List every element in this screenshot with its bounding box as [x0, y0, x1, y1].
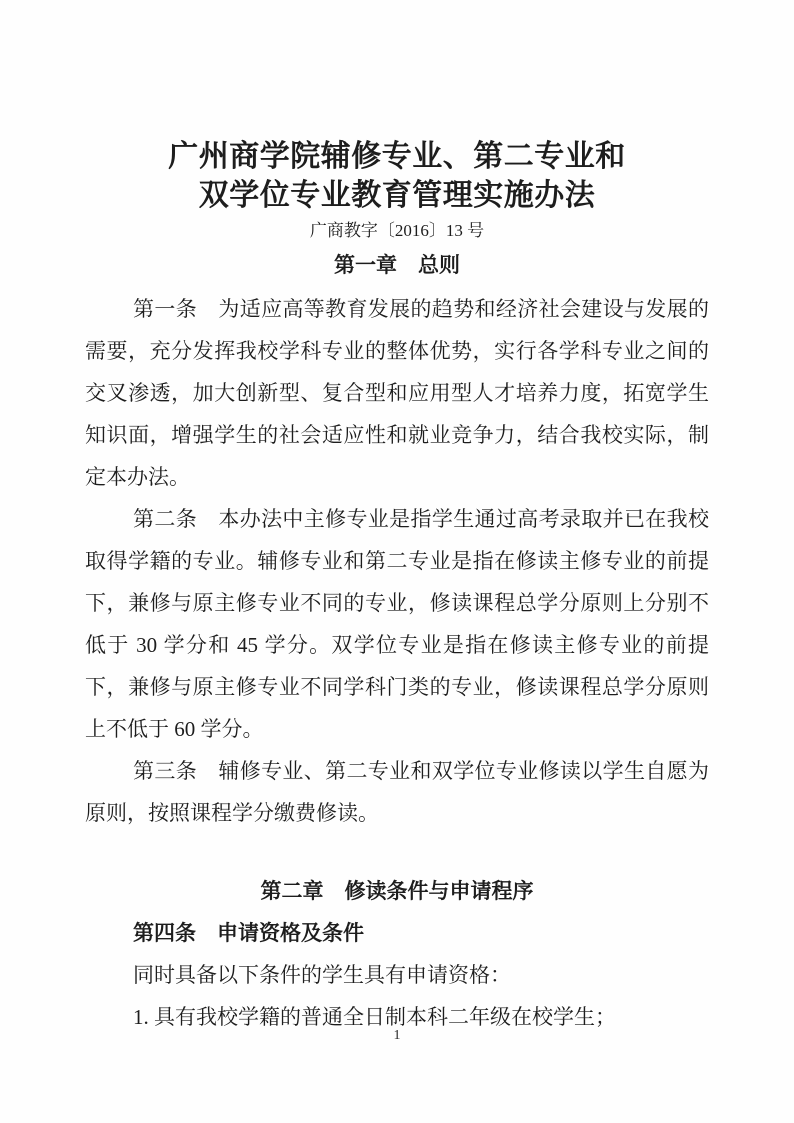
document-page: 广州商学院辅修专业、第二专业和 双学位专业教育管理实施办法 广商教字〔2016〕… — [0, 0, 794, 1123]
article-2-paragraph: 第二条 本办法中主修专业是指学生通过高考录取并已在我校取得学籍的专业。辅修专业和… — [85, 498, 709, 750]
article-4-heading: 第四条 申请资格及条件 — [85, 912, 709, 954]
chapter-2-heading: 第二章 修读条件与申请程序 — [0, 870, 794, 912]
chapter-2-body: 第四条 申请资格及条件 同时具备以下条件的学生具有申请资格： 1. 具有我校学籍… — [85, 912, 709, 1038]
document-reference-number: 广商教字〔2016〕13 号 — [0, 220, 794, 242]
document-title: 广州商学院辅修专业、第二专业和 双学位专业教育管理实施办法 — [0, 137, 794, 215]
chapter-1-heading: 第一章 总则 — [0, 251, 794, 279]
article-1-paragraph: 第一条 为适应高等教育发展的趋势和经济社会建设与发展的需要，充分发挥我校学科专业… — [85, 288, 709, 498]
chapter-1-body: 第一条 为适应高等教育发展的趋势和经济社会建设与发展的需要，充分发挥我校学科专业… — [85, 288, 709, 834]
article-3-paragraph: 第三条 辅修专业、第二专业和双学位专业修读以学生自愿为原则，按照课程学分缴费修读… — [85, 750, 709, 834]
article-4-intro: 同时具备以下条件的学生具有申请资格： — [85, 954, 709, 996]
page-number: 1 — [0, 1027, 794, 1045]
document-title-line1: 广州商学院辅修专业、第二专业和 — [0, 137, 794, 176]
document-title-line2: 双学位专业教育管理实施办法 — [0, 176, 794, 215]
